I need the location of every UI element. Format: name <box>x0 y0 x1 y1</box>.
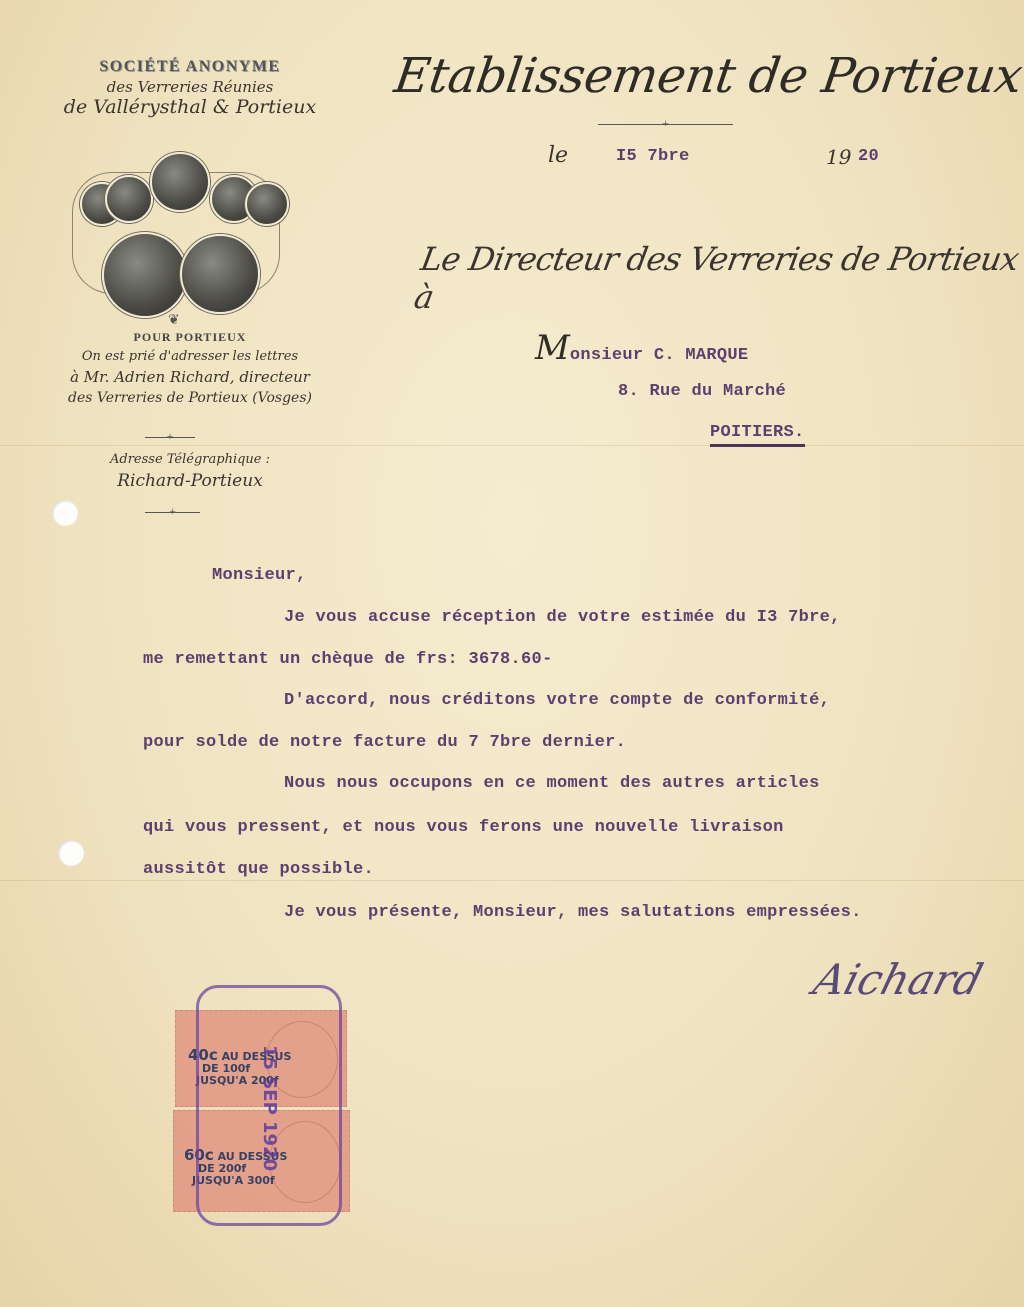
telegraph-block: Adresse Télégraphique : Richard-Portieux <box>30 452 350 491</box>
body-line: Je vous présente, Monsieur, mes salutati… <box>284 903 862 922</box>
address-note-1: On est prié d'adresser les lettres <box>30 349 350 364</box>
medal-icon <box>150 152 210 212</box>
recipient-name-line: Monsieur C. MARQUE <box>535 328 748 368</box>
punch-hole <box>52 500 78 526</box>
address-note-3: des Verreries de Portieux (Vosges) <box>30 390 350 406</box>
republique-medal-icon <box>102 232 188 318</box>
paper-fold <box>0 880 1024 881</box>
letterhead-left: SOCIÉTÉ ANONYME des Verreries Réunies de… <box>30 58 350 118</box>
divider <box>145 512 200 513</box>
telegraph-value: Richard-Portieux <box>30 471 350 491</box>
year-value: 20 <box>858 147 879 166</box>
divider <box>145 437 195 438</box>
medal-icon <box>245 182 289 226</box>
company-sub2: de Vallérysthal & Portieux <box>30 96 350 118</box>
company-line: SOCIÉTÉ ANONYME <box>30 58 350 76</box>
body-line: Je vous accuse réception de votre estimé… <box>284 608 841 627</box>
pour-label: POUR PORTIEUX <box>30 330 350 345</box>
year-prefix: 19 <box>826 145 851 169</box>
medals-emblem: ❦ <box>50 142 300 332</box>
divider <box>598 124 733 125</box>
body-line: pour solde de notre facture du 7 7bre de… <box>143 733 626 752</box>
date-prefix: le <box>548 143 568 168</box>
recipient-street: 8. Rue du Marché <box>618 382 786 401</box>
allegory-medal-icon <box>180 234 260 314</box>
body-line: Nous nous occupons en ce moment des autr… <box>284 774 820 793</box>
body-line: D'accord, nous créditons votre compte de… <box>284 691 830 710</box>
date-line: le I5 7bre 19 20 <box>548 143 908 173</box>
address-note-2: à Mr. Adrien Richard, directeur <box>30 368 350 386</box>
letterhead-left-lower: POUR PORTIEUX On est prié d'adresser les… <box>30 330 350 406</box>
body-line: qui vous pressent, et nous vous ferons u… <box>143 818 784 837</box>
date-value: I5 7bre <box>616 147 690 166</box>
revenue-stamps: 40c AU DESSUS DE 100f JUSQU'A 200f 60c A… <box>170 985 360 1220</box>
punch-hole <box>58 840 84 866</box>
director-line: Le Directeur des Verreries de Portieux à <box>411 240 1024 316</box>
telegraph-label: Adresse Télégraphique : <box>30 452 350 467</box>
body-line: aussitôt que possible. <box>143 860 374 879</box>
medal-icon <box>105 175 153 223</box>
recipient-city: POITIERS. <box>710 423 805 447</box>
salutation-initial: M <box>535 328 570 368</box>
paper-fold <box>0 445 1024 446</box>
greeting: Monsieur, <box>212 566 307 585</box>
body-line: me remettant un chèque de frs: 3678.60- <box>143 650 553 669</box>
recipient-name: onsieur C. MARQUE <box>570 346 749 365</box>
cachet-date: 15 SEP 1920 <box>259 1045 280 1171</box>
signature: Aichard <box>808 955 987 1004</box>
ornament-icon: ❦ <box>168 312 180 329</box>
company-sub1: des Verreries Réunies <box>30 78 350 96</box>
establishment-title: Etablissement de Portieux <box>391 48 1024 104</box>
